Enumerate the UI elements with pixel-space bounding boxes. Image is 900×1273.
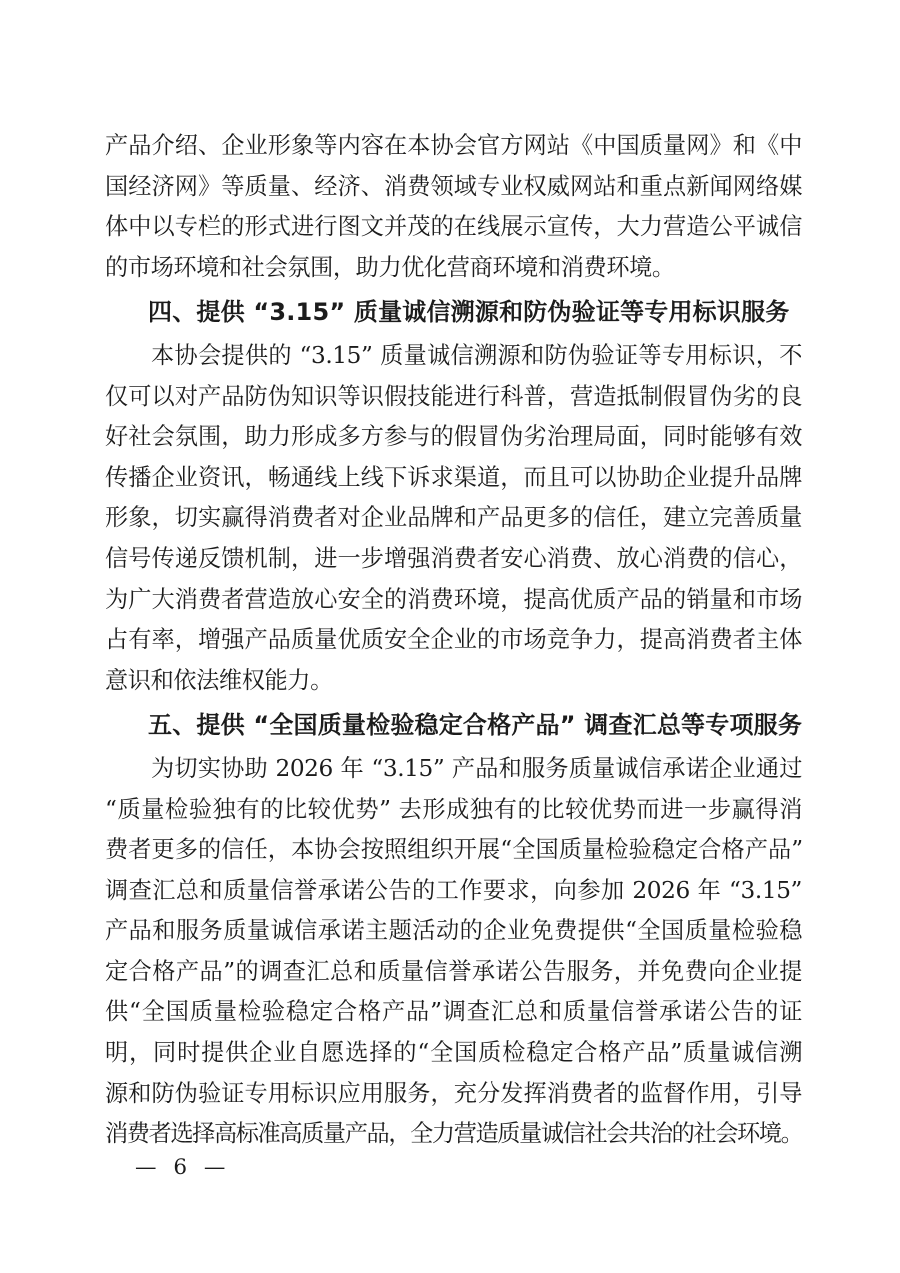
text-line: 为切实协助 2026 年 “3.15” 产品和服务质量诚信承诺企业通过 (105, 749, 802, 790)
paragraph: 产品介绍、企业形象等内容在本协会官方网站《中国质量网》和《中国经济网》等质量、经… (105, 126, 802, 288)
text-line: 费者更多的信任，本协会按照组织开展“全国质量检验稳定合格产品” (105, 830, 802, 871)
text-line: 传播企业资讯，畅通线上线下诉求渠道，而且可以协助企业提升品牌 (105, 458, 802, 499)
document-page: 产品介绍、企业形象等内容在本协会官方网站《中国质量网》和《中国经济网》等质量、经… (0, 0, 900, 1273)
text-line: 消费者选择高标准高质量产品，全力营造质量诚信社会共治的社会环境。 (105, 1114, 802, 1155)
text-line: 为广大消费者营造放心安全的消费环境，提高优质产品的销量和市场 (105, 580, 802, 621)
text-line: 占有率，增强产品质量优质安全企业的市场竞争力，提高消费者主体 (105, 620, 802, 661)
text-line: 好社会氛围，助力形成多方参与的假冒伪劣治理局面，同时能够有效 (105, 417, 802, 458)
text-line: 体中以专栏的形式进行图文并茂的在线展示宣传，大力营造公平诚信 (105, 207, 802, 248)
section-heading: 四、提供 “3.15” 质量诚信溯源和防伪验证等专用标识服务 (105, 292, 802, 333)
document-body: 产品介绍、企业形象等内容在本协会官方网站《中国质量网》和《中国经济网》等质量、经… (105, 126, 802, 1155)
text-line: 产品介绍、企业形象等内容在本协会官方网站《中国质量网》和《中 (105, 126, 802, 167)
text-line: 供“全国质量检验稳定合格产品”调查汇总和质量信誉承诺公告的证 (105, 992, 802, 1033)
text-line: “质量检验独有的比较优势” 去形成独有的比较优势而进一步赢得消 (105, 790, 802, 831)
text-line: 仅可以对产品防伪知识等识假技能进行科普，营造抵制假冒伪劣的良 (105, 377, 802, 418)
text-line: 源和防伪验证专用标识应用服务，充分发挥消费者的监督作用，引导 (105, 1074, 802, 1115)
text-line: 意识和依法维权能力。 (105, 661, 802, 702)
text-line: 国经济网》等质量、经济、消费领域专业权威网站和重点新闻网络媒 (105, 167, 802, 208)
text-line: 定合格产品”的调查汇总和质量信誉承诺公告服务，并免费向企业提 (105, 952, 802, 993)
text-line: 的市场环境和社会氛围，助力优化营商环境和消费环境。 (105, 248, 802, 289)
section-heading: 五、提供 “全国质量检验稳定合格产品” 调查汇总等专项服务 (105, 705, 802, 746)
text-line: 产品和服务质量诚信承诺主题活动的企业免费提供“全国质量检验稳 (105, 911, 802, 952)
text-line: 形象，切实赢得消费者对企业品牌和产品更多的信任，建立完善质量 (105, 498, 802, 539)
paragraph: 为切实协助 2026 年 “3.15” 产品和服务质量诚信承诺企业通过“质量检验… (105, 749, 802, 1155)
text-line: 明，同时提供企业自愿选择的“全国质检稳定合格产品”质量诚信溯 (105, 1033, 802, 1074)
page-number: — 6 — (135, 1155, 227, 1180)
text-line: 信号传递反馈机制，进一步增强消费者安心消费、放心消费的信心， (105, 539, 802, 580)
text-line: 本协会提供的 “3.15” 质量诚信溯源和防伪验证等专用标识，不 (105, 336, 802, 377)
text-line: 调查汇总和质量信誉承诺公告的工作要求，向参加 2026 年 “3.15” (105, 871, 802, 912)
paragraph: 本协会提供的 “3.15” 质量诚信溯源和防伪验证等专用标识，不仅可以对产品防伪… (105, 336, 802, 701)
